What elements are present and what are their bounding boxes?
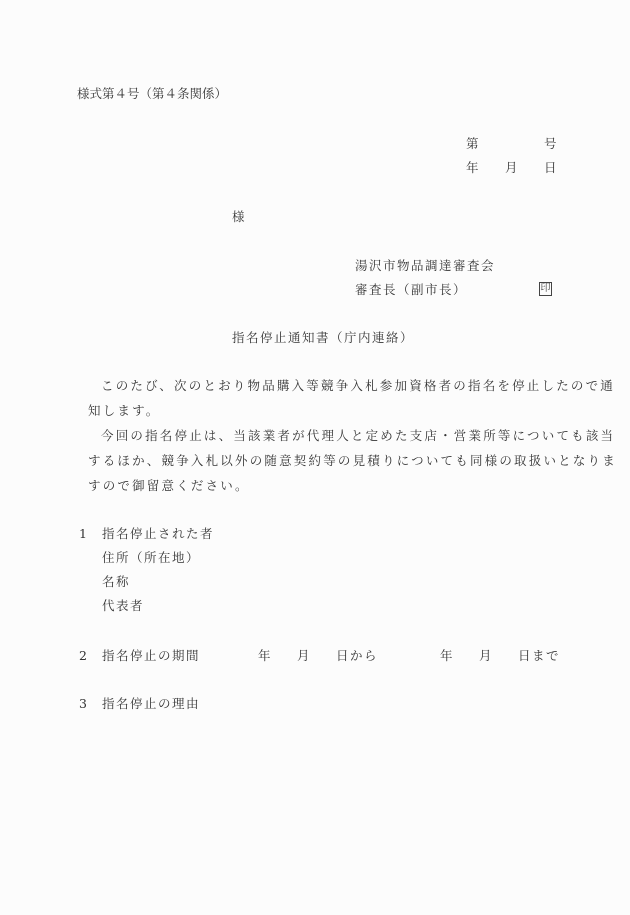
seal-mark: 印 — [539, 282, 552, 296]
period-from-month: 月 — [297, 650, 310, 663]
form-label: 様式第４号（第４条関係） — [77, 88, 227, 101]
period-to-day: 日まで — [518, 650, 560, 663]
item-label: 指名停止された者 — [102, 528, 214, 541]
item-number: 3 — [79, 698, 87, 711]
body-paragraph2-line2: するほか、競争入札以外の随意契約等の見積りについても同様の取扱いとなりま — [88, 455, 617, 468]
body-paragraph2-line1: 今回の指名停止は、当該業者が代理人と定めた支店・営業所等についても該当 — [101, 430, 615, 443]
sub-item-address: 住所（所在地） — [102, 552, 200, 565]
item-label: 指名停止の期間 — [102, 650, 200, 663]
body-paragraph1-line1: このたび、次のとおり物品購入等競争入札参加資格者の指名を停止したので通 — [101, 380, 615, 393]
body-paragraph2-line3: すので御留意ください。 — [88, 480, 250, 493]
period-from-year: 年 — [258, 650, 271, 663]
item-number: 2 — [79, 650, 87, 663]
addressee-suffix: 様 — [232, 211, 245, 224]
doc-number-suffix: 号 — [544, 138, 557, 151]
date-year: 年 — [466, 162, 479, 175]
date-month: 月 — [505, 162, 518, 175]
sub-item-name: 名称 — [102, 576, 130, 589]
item-label: 指名停止の理由 — [102, 698, 200, 711]
issuer-title: 審査長（副市長） — [355, 284, 467, 297]
sub-item-representative: 代表者 — [102, 600, 144, 613]
doc-number-prefix: 第 — [466, 138, 479, 151]
document-title: 指名停止通知書（庁内連絡） — [232, 332, 414, 345]
period-to-month: 月 — [479, 650, 492, 663]
date-day: 日 — [544, 162, 557, 175]
issuer-organization: 湯沢市物品調達審査会 — [355, 260, 495, 273]
period-to-year: 年 — [440, 650, 453, 663]
body-paragraph1-line2: 知します。 — [88, 405, 161, 418]
period-from-day: 日から — [336, 650, 378, 663]
item-number: 1 — [79, 528, 87, 541]
